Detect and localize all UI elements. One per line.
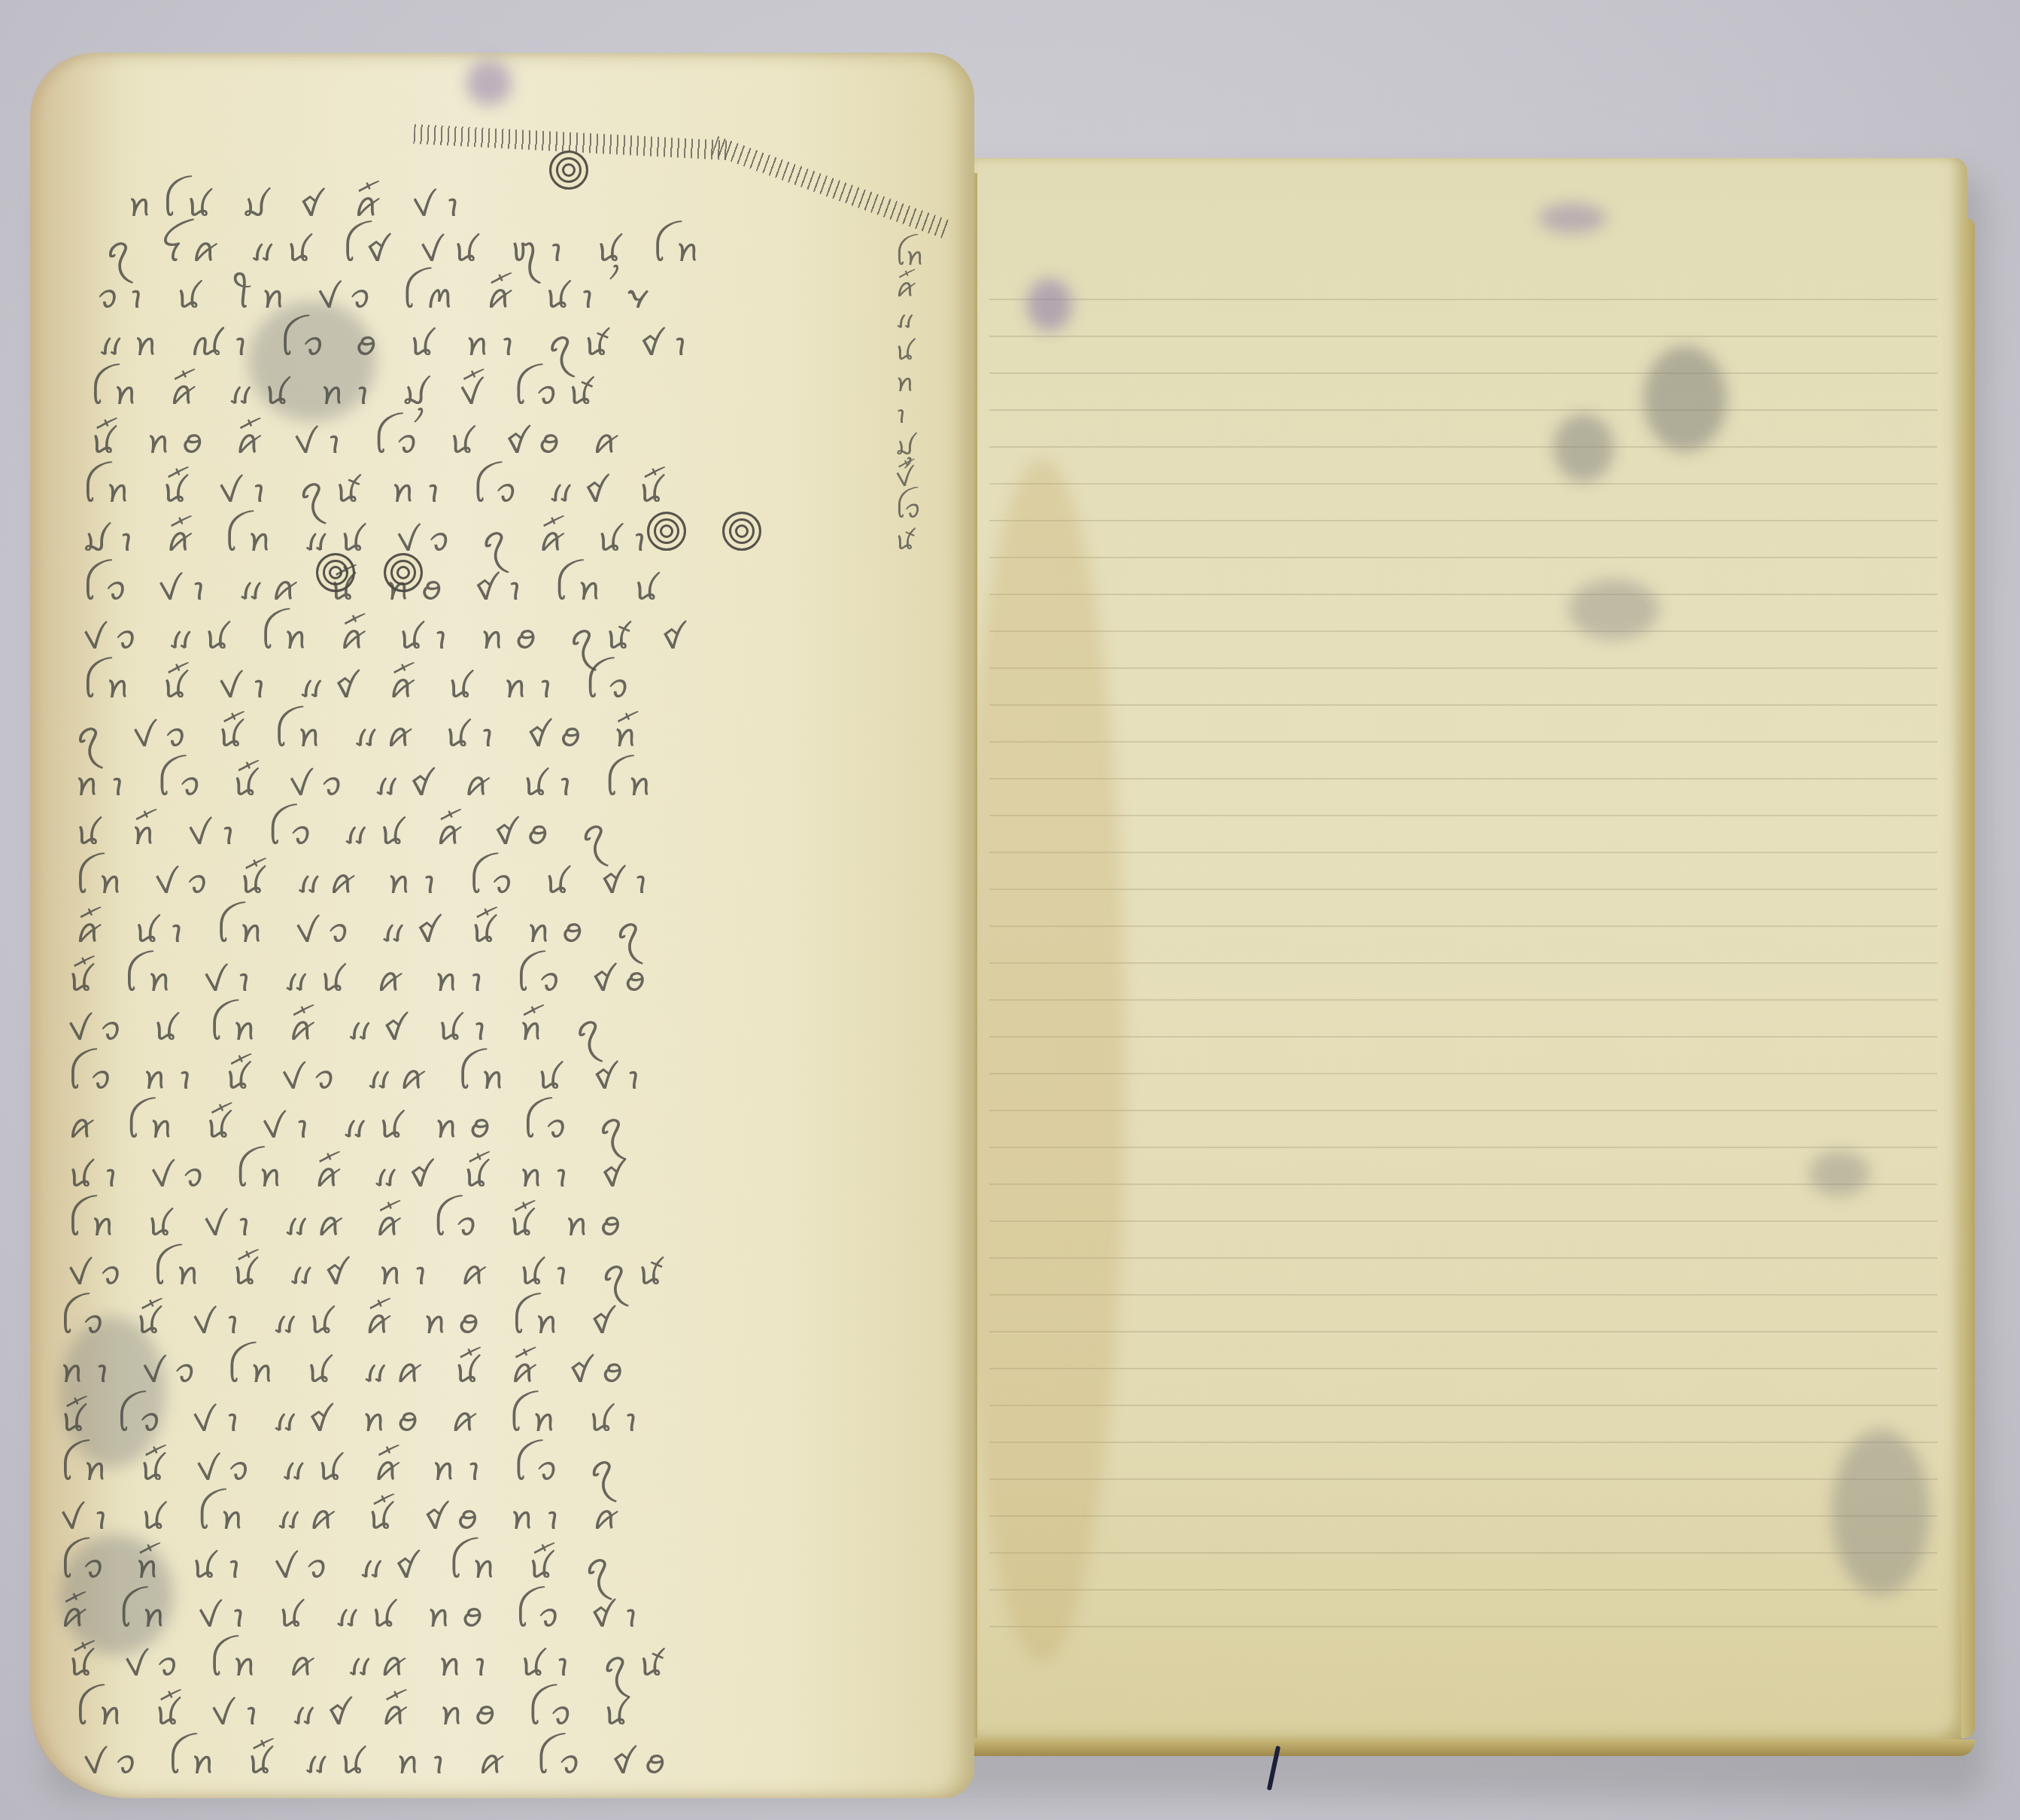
page-bottom-edge [967, 1739, 1975, 1756]
text-line: ꪚꪫ ꪵꪙ ꪶꪀ ꪁꪸ ꪙꪱ ꪀꪮ ꪖꪽ ꪥ [83, 606, 694, 651]
mold-spot [1644, 346, 1727, 451]
text-line: ꪁꪸ ꪙꪱ ꪶꪀ ꪚꪫ ꪵꪥ ꪙꪸ ꪀꪮ ꪖ [75, 899, 652, 944]
purple-stain [1539, 203, 1606, 233]
text-line: ꪶꪀ ꪚꪫ ꪙꪸ ꪵꪁ ꪀꪱ ꪶꪫ ꪙ ꪥꪱ [75, 850, 660, 895]
right-page-blank [967, 158, 1967, 1746]
purple-stain [1027, 278, 1072, 331]
mold-spot [1832, 1430, 1930, 1595]
text-line: ꪶꪫ ꪀꪸ ꪙꪱ ꪚꪫ ꪵꪥ ꪶꪀ ꪙꪸ ꪖ [60, 1535, 621, 1580]
purple-stain [466, 60, 512, 105]
text-line: ꪖ ꪚꪫ ꪙꪸ ꪶꪀ ꪵꪁ ꪙꪱ ꪥꪮ ꪀꪸ [75, 703, 648, 749]
text-line: ꪵꪀ ꪄꪱ ꪶꪫ ꪮ ꪙ ꪀꪱ ꪖꪽ ꪥꪱ [98, 312, 699, 357]
text-line: ꪚꪫ ꪶꪀ ꪙꪸ ꪵꪙ ꪀꪱ ꪁ ꪶꪫ ꪥꪮ [83, 1730, 677, 1776]
mold-spot [1569, 579, 1659, 640]
text-line: ꪶꪫ ꪀꪱ ꪙꪸ ꪚꪫ ꪵꪁ ꪶꪀ ꪙ ꪥꪱ [68, 1046, 652, 1091]
text-line: ꪖ ꪼꪁ ꪵꪙ ꪶꪥ ꪚꪙ ꪨꪱ ꪙꪴ ꪶꪀ [105, 218, 710, 263]
margin-vertical-text: ꪶꪀ ꪁꪸ ꪵꪙ ꪀꪱ ꪣꪴ ꪚꪸ ꪶꪫꪽ [895, 241, 925, 1369]
text-line: ꪙꪱ ꪚꪫ ꪶꪀ ꪁꪸ ꪵꪥ ꪙꪸ ꪀꪱ ꪥ [68, 1144, 634, 1189]
text-line: ꪁꪸ ꪶꪀ ꪚꪱ ꪙ ꪵꪙ ꪀꪮ ꪶꪫ ꪥꪱ [60, 1584, 649, 1629]
text-line: ꪶꪀ ꪙ ꪚꪱ ꪵꪁ ꪁꪸ ꪶꪫ ꪙꪸ ꪀꪮ [68, 1193, 632, 1238]
text-line: ꪙꪸ ꪶꪫ ꪚꪱ ꪵꪥ ꪀꪮ ꪁ ꪶꪀ ꪙꪱ [60, 1388, 649, 1433]
text-line: ꪚꪱ ꪙ ꪶꪀ ꪵꪁ ꪙꪸ ꪥꪮ ꪀꪱ ꪁ [60, 1486, 630, 1531]
text-line: ꪶꪀ ꪁꪸ ꪵꪙ ꪀꪱ ꪣꪴ ꪚꪸ ꪶꪫꪽ [90, 361, 603, 406]
page-fore-edge [1961, 218, 1975, 1738]
text-line: ꪙꪸ ꪚꪫ ꪶꪀ ꪁ ꪵꪁ ꪀꪱ ꪙꪱ ꪖꪽ [68, 1633, 674, 1678]
text-line: ꪀꪱ ꪶꪫ ꪙꪸ ꪚꪫ ꪵꪥ ꪁ ꪙꪱ ꪶꪀ [75, 752, 663, 798]
left-page-manuscript: ꪀꪶꪙ ꪣ ꪥ ꪁꪸ ꪚꪱ ꪖ ꪼꪁ ꪵꪙ ꪶꪥ ꪚꪙ ꪨꪱ ꪙꪴ ꪶꪀ ꪫꪱ … [30, 53, 974, 1798]
text-line: ꪫꪱ ꪙ ꪻꪀ ꪚꪫ ꪶꪔ ꪁꪸ ꪙꪱ ꪩ [98, 265, 662, 310]
text-line: ꪶꪫ ꪙꪸ ꪚꪱ ꪵꪙ ꪁꪸ ꪀꪮ ꪶꪀ ꪥ [60, 1290, 624, 1335]
text-line: ꪶꪀ ꪙꪸ ꪚꪱ ꪵꪥ ꪁꪸ ꪙ ꪀꪱ ꪶꪫ [83, 655, 639, 700]
text-line: ꪶꪫ ꪚꪱ ꪵꪁ ꪙꪸ ꪀꪮ ꪥꪱ ꪶꪀ ꪙ [83, 557, 669, 602]
mold-spot [1809, 1151, 1870, 1196]
handwritten-text-block: ꪀꪶꪙ ꪣ ꪥ ꪁꪸ ꪚꪱ ꪖ ꪼꪁ ꪵꪙ ꪶꪥ ꪚꪙ ꪨꪱ ꪙꪴ ꪶꪀ ꪫꪱ … [143, 143, 971, 1783]
ruled-lines [989, 263, 1937, 1655]
foxing-gutter [959, 459, 1125, 1663]
text-line: ꪙꪸ ꪀꪮ ꪁꪸ ꪚꪱ ꪶꪫ ꪙ ꪥꪮ ꪁ [90, 410, 630, 455]
text-line: ꪚꪫ ꪶꪀ ꪙꪸ ꪵꪥ ꪀꪱ ꪁ ꪙꪱ ꪖꪽ [68, 1241, 673, 1287]
text-line: ꪣꪱ ꪁꪸ ꪶꪀ ꪵꪙ ꪚꪫ ꪖ ꪁꪸ ꪙꪱ [83, 508, 658, 553]
text-line: ꪁ ꪶꪀ ꪙꪸ ꪚꪱ ꪵꪙ ꪀꪮ ꪶꪫ ꪖ [68, 1095, 634, 1140]
text-line: ꪚꪫ ꪙ ꪶꪀ ꪁꪸ ꪵꪥ ꪙꪱ ꪀꪸ ꪖ [68, 997, 611, 1042]
text-line: ꪀꪶꪙ ꪣ ꪥ ꪁꪸ ꪚꪱ [128, 173, 471, 218]
text-line: ꪀꪱ ꪚꪫ ꪶꪀ ꪙ ꪵꪁ ꪙꪸ ꪁꪸ ꪥꪮ [60, 1339, 634, 1384]
text-line: ꪶꪀ ꪙꪸ ꪚꪫ ꪵꪙ ꪁꪸ ꪀꪱ ꪶꪫ ꪖ [60, 1437, 625, 1482]
text-line: ꪶꪀ ꪙꪸ ꪚꪱ ꪖꪽ ꪀꪱ ꪶꪫ ꪵꪥ ꪙꪸ [83, 459, 673, 504]
mold-spot [1554, 414, 1614, 482]
text-line: ꪙꪸ ꪶꪀ ꪚꪱ ꪵꪙ ꪁ ꪀꪱ ꪶꪫ ꪥꪮ [68, 948, 657, 993]
text-line: ꪙ ꪀꪸ ꪚꪱ ꪶꪫ ꪵꪙ ꪁꪸ ꪥꪮ ꪖ [75, 801, 617, 846]
text-line: ꪶꪀ ꪙꪸ ꪚꪱ ꪵꪥ ꪁꪸ ꪀꪮ ꪶꪫ ꪙ [75, 1682, 639, 1727]
